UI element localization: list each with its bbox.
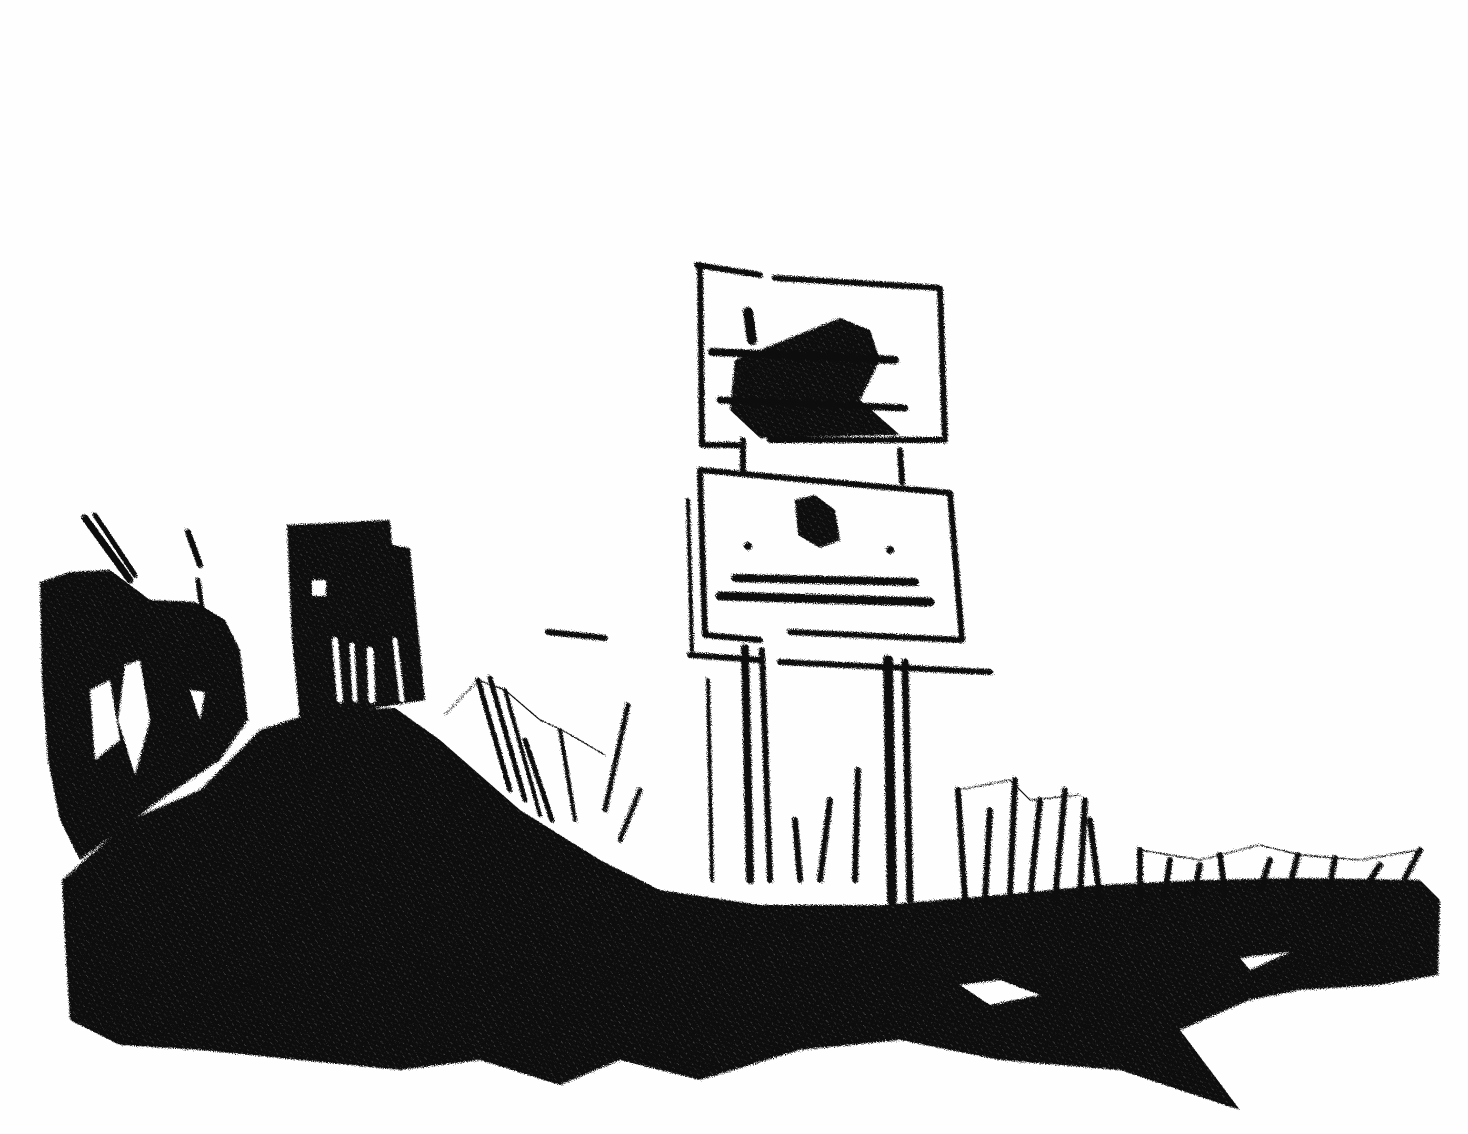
embroidery-artwork — [0, 0, 1468, 1134]
tower-block — [287, 520, 425, 720]
